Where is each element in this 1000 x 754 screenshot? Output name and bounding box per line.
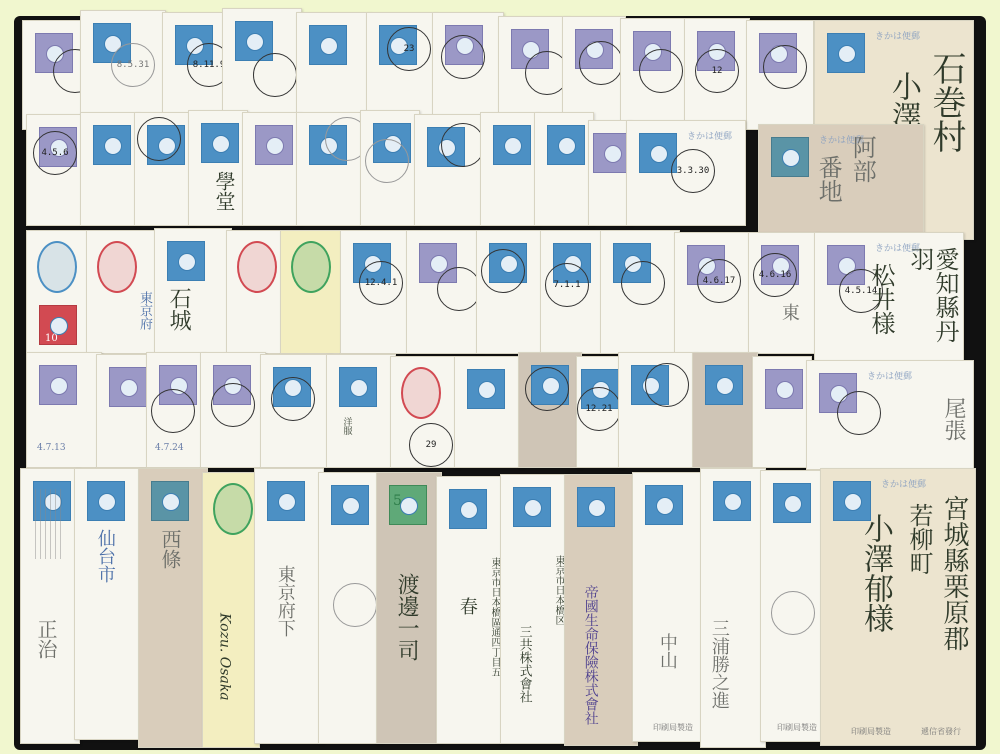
postcard (296, 12, 372, 122)
postcard (600, 230, 680, 354)
postcard (222, 8, 302, 118)
stamp-icon (167, 241, 205, 281)
address-handwriting: 愛知縣丹羽 (907, 247, 957, 361)
town-handwriting: 若柳町 (906, 503, 931, 575)
address-handwriting: 宮城縣栗原郡 (940, 495, 967, 651)
printed-address: 東京府 (137, 291, 151, 330)
postmark (525, 367, 569, 411)
postmark (579, 41, 623, 85)
name-handwriting: 小澤 (888, 71, 920, 131)
printed-date: 4.7.24 (155, 443, 184, 453)
stamp-icon (87, 481, 125, 521)
horseman-stamp-icon (213, 483, 253, 535)
postcard: 23 (366, 12, 438, 122)
postmark (763, 45, 807, 89)
horseman-stamp-icon (291, 241, 331, 293)
postmark (639, 49, 683, 93)
stamp-icon (773, 483, 811, 523)
postmark: 23 (387, 27, 431, 71)
postcard: 中山印刷局製造 (632, 472, 706, 742)
printer-imprint: 印刷局製造 (653, 722, 693, 733)
postcard: 東京市日本橋區通四丁目五春 (436, 476, 506, 744)
postcard (518, 352, 582, 468)
handwriting: 學堂 (213, 171, 234, 211)
postmark (253, 53, 297, 97)
handwriting: 渡邊一司 (395, 573, 418, 661)
postmark (481, 249, 525, 293)
postmark: 4.6.17 (697, 259, 741, 303)
postcard: 石城 (154, 228, 232, 354)
postcard: 東京府 (86, 230, 158, 354)
postcard: 學堂 (188, 110, 248, 226)
stamp-icon (493, 125, 531, 165)
stamp-icon (39, 365, 77, 405)
postcard (476, 230, 546, 354)
postmark: 12.21 (577, 387, 621, 431)
stamp-icon (331, 485, 369, 525)
postmark (441, 35, 485, 79)
postcard (200, 352, 266, 468)
postmark (837, 391, 881, 435)
postmark (771, 591, 815, 635)
postcard: 4.6.17 (674, 232, 754, 354)
postcard: Kozu. Osaka (202, 472, 260, 748)
postcard: 12.4.1 (340, 230, 412, 354)
handwriting: 西條 (159, 529, 180, 569)
postcard: きかは便郵 阿部 番地 (758, 124, 924, 234)
company-name: 三共株式會社 (517, 625, 531, 703)
company-name: 帝國生命保險株式會社 (583, 585, 598, 725)
postcard (280, 230, 346, 354)
postcard: 4.7.13 (26, 352, 102, 468)
name-handwriting: 番地 (815, 155, 840, 203)
printer-imprint: 印刷局製造 (851, 726, 891, 737)
postcard-large: きかは便郵 宮城縣栗原郡 若柳町 小澤郁様 印刷局製造 遞信省發行 (820, 468, 976, 746)
postcard: 4.5.6 (26, 114, 86, 226)
handwriting: 東 (779, 303, 798, 321)
postcard (618, 352, 698, 468)
printed-address: 東京市日本橋区 (553, 555, 564, 625)
postmark (211, 383, 255, 427)
stamp-icon (255, 125, 293, 165)
postmark: 3.3.30 (671, 149, 715, 193)
postcard: 10 (26, 230, 92, 354)
postcard (620, 18, 690, 128)
postcard (480, 112, 540, 226)
postcard: 正治 (20, 468, 80, 744)
stamp-icon (339, 367, 377, 407)
postcard: 8.5.31 (80, 10, 166, 120)
stamp-icon (827, 33, 865, 73)
postcard (414, 114, 486, 226)
address-handwriting: 尾張 (942, 397, 965, 441)
postcard (432, 12, 504, 122)
postcard (260, 354, 332, 468)
postcard (296, 112, 366, 226)
address-handwriting: 石巻村 (927, 51, 963, 153)
postcard (498, 16, 570, 126)
postcard (562, 16, 626, 126)
handwriting: 石城 (167, 287, 190, 331)
postmark (333, 583, 377, 627)
postmark: 12.4.1 (359, 261, 403, 305)
postmark (441, 123, 485, 167)
handwriting: 正治 (35, 619, 56, 659)
postcard: 仙台市 (74, 468, 144, 740)
company-name: 春 (457, 597, 476, 615)
printed-address: 東京市日本橋區通四丁目五 (489, 557, 500, 677)
horseman-stamp-icon (237, 241, 277, 293)
stamp-icon (93, 125, 131, 165)
horseman-stamp-icon (37, 241, 77, 293)
stamp-icon (765, 369, 803, 409)
postcard: 12 (684, 18, 750, 128)
postcard (80, 112, 140, 226)
stamp-icon (713, 481, 751, 521)
postcard (134, 112, 194, 226)
postmark: 29 (409, 423, 453, 467)
postcard: 7.1.1 (540, 230, 606, 354)
postmark (437, 267, 481, 311)
printer-imprint: 印刷局製造 (777, 722, 817, 733)
stamp-icon (309, 25, 347, 65)
postcard-header: きかは便郵 (687, 129, 732, 142)
postmark: 4.6.16 (753, 253, 797, 297)
stamp-icon (547, 125, 585, 165)
postcard: 三浦勝之進 (700, 468, 766, 748)
postcard: きかは便郵3.3.30 (626, 120, 746, 226)
postmark (645, 363, 689, 407)
postcard (226, 230, 286, 354)
postcard (406, 230, 482, 354)
postcard: 東京府下 (254, 468, 324, 744)
postcard-header: きかは便郵 (867, 369, 912, 382)
handwriting: 中山 (657, 633, 676, 669)
postcard: 8.11.9 (162, 12, 228, 122)
stamp-icon (467, 369, 505, 409)
postcard (242, 112, 302, 226)
stamp-icon (449, 489, 487, 529)
horseman-stamp-icon (401, 367, 441, 419)
handwriting: 三浦勝之進 (709, 619, 728, 709)
address-handwriting: 阿部 (849, 135, 874, 183)
postmark: 4.5.6 (33, 131, 77, 175)
name-handwriting: 小澤郁様 (860, 513, 892, 633)
stamp-icon (267, 481, 305, 521)
stamp-icon (577, 487, 615, 527)
handwriting: 東京府下 (275, 565, 294, 637)
postcard: 29 (390, 356, 460, 468)
postmark: 8.5.31 (111, 43, 155, 87)
stamp-value: 10 (45, 333, 58, 344)
postcard (746, 20, 814, 130)
postcard: 4.7.24 (146, 352, 206, 468)
postmark (621, 261, 665, 305)
postcard: 西條 (138, 468, 208, 748)
postmark (151, 389, 195, 433)
name-handwriting: 松井様 (868, 263, 893, 335)
postcard (534, 112, 594, 226)
postcard: 東京市日本橋区三共株式會社 (500, 474, 570, 744)
postcard (692, 352, 758, 468)
postcard (454, 356, 524, 468)
postcard-header: きかは便郵 (875, 29, 920, 42)
postcard (360, 110, 420, 226)
machine-cancel (31, 489, 61, 559)
postmark (271, 377, 315, 421)
printed-text: 洋服 (341, 417, 350, 435)
issuer-imprint: 遞信省發行 (921, 726, 961, 737)
postcard (96, 354, 152, 468)
printed-date: 4.7.13 (37, 443, 66, 453)
postcard: 帝國生命保險株式會社 (564, 474, 638, 746)
handwriting: Kozu. Osaka (217, 613, 232, 701)
postcard: 5渡邊一司 (376, 472, 442, 744)
postcard: 12.21 (576, 356, 624, 468)
postmark (137, 117, 181, 161)
horseman-stamp-icon (97, 241, 137, 293)
postcard (318, 472, 382, 744)
stamp-icon (645, 485, 683, 525)
postcard: 印刷局製造 (760, 470, 826, 742)
stamp-icon (201, 123, 239, 163)
postmark: 12 (695, 49, 739, 93)
handwriting: 仙台市 (95, 529, 114, 583)
postmark (365, 139, 409, 183)
postcard: 洋服 (326, 354, 396, 468)
postcard (752, 356, 812, 468)
stamp-icon (513, 487, 551, 527)
stamp-value: 5 (393, 493, 402, 509)
postcard-header: きかは便郵 (881, 477, 926, 490)
stamp-icon (151, 481, 189, 521)
postcard: 4.6.16東 (748, 232, 820, 354)
postcard-collection: 8.5.31 8.11.9 23 12 きかは便郵 石巻村 小澤 4.5.6 學… (14, 6, 994, 750)
stamp-icon (109, 367, 147, 407)
postcard-large: きかは便郵 4.5.14 愛知縣丹羽 松井様 (814, 232, 964, 362)
postmark: 7.1.1 (545, 263, 589, 307)
postcard-large: きかは便郵 尾張 (806, 360, 974, 470)
stamp-icon (771, 137, 809, 177)
stamp-icon (705, 365, 743, 405)
